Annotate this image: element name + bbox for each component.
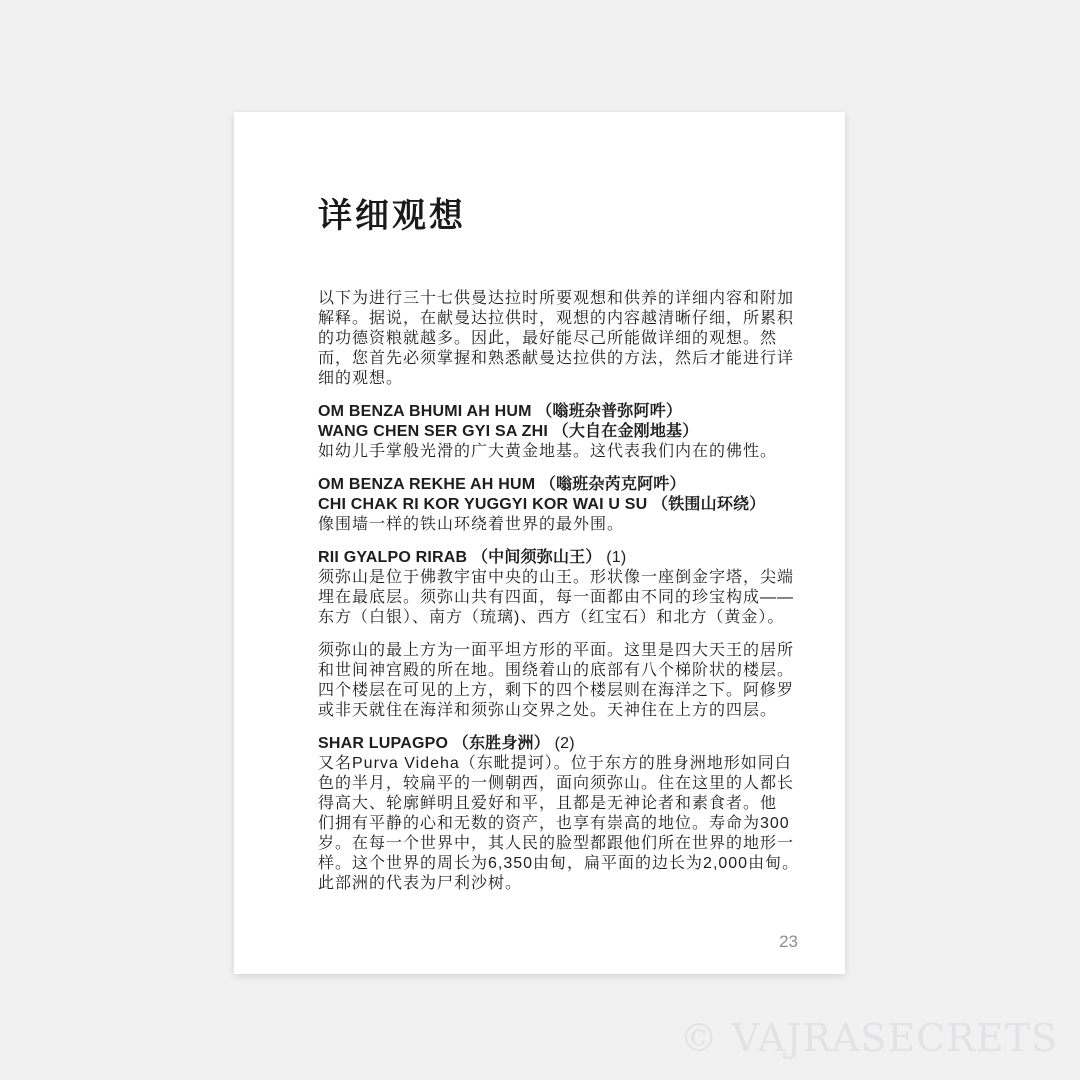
meru-description-paragraph: 须弥山的最上方为一面平坦方形的平面。这里是四大天王的居所和世间神宫殿的所在地。围… <box>318 641 800 721</box>
page-number: 23 <box>779 932 798 952</box>
section-heading: SHAR LUPAGPO （东胜身洲） (2) <box>318 734 800 754</box>
section-heading-number: (2) <box>555 735 575 752</box>
book-page: 详细观想 以下为进行三十七供曼达拉时所要观想和供养的详细内容和附加解释。据说，在… <box>234 112 845 974</box>
section-heading-text: RII GYALPO RIRAB （中间须弥山王） <box>318 549 602 566</box>
section-heading-text: SHAR LUPAGPO （东胜身洲） <box>318 735 550 752</box>
section-om-benza-bhumi: OM BENZA BHUMI AH HUM （嗡班杂普弥阿吽）WANG CHEN… <box>318 402 800 462</box>
section-rii-gyalpo-rirab: RII GYALPO RIRAB （中间须弥山王） (1) 须弥山是位于佛教宇宙… <box>318 548 800 628</box>
paragraph-text: 像围墙一样的铁山环绕着世界的最外围。 <box>318 515 800 535</box>
section-heading: RII GYALPO RIRAB （中间须弥山王） (1) <box>318 548 800 568</box>
section-heading: OM BENZA BHUMI AH HUM （嗡班杂普弥阿吽）WANG CHEN… <box>318 402 800 442</box>
paragraph-text: 如幼儿手掌般光滑的广大黄金地基。这代表我们内在的佛性。 <box>318 442 800 462</box>
paragraph-text: 又名Purva Videha（东毗提诃）。位于东方的胜身洲地形如同白色的半月，较… <box>318 754 800 894</box>
paragraph-text: 须弥山的最上方为一面平坦方形的平面。这里是四大天王的居所和世间神宫殿的所在地。围… <box>318 641 800 721</box>
paragraph-text: 以下为进行三十七供曼达拉时所要观想和供养的详细内容和附加解释。据说，在献曼达拉供… <box>318 289 800 389</box>
section-heading: OM BENZA REKHE AH HUM （嗡班杂芮克阿吽）CHI CHAK … <box>318 475 800 515</box>
section-om-benza-rekhe: OM BENZA REKHE AH HUM （嗡班杂芮克阿吽）CHI CHAK … <box>318 475 800 535</box>
section-shar-lupagpo: SHAR LUPAGPO （东胜身洲） (2) 又名Purva Videha（东… <box>318 734 800 894</box>
paragraph-text: 须弥山是位于佛教宇宙中央的山王。形状像一座倒金字塔，尖端埋在最底层。须弥山共有四… <box>318 568 800 628</box>
page-content: 以下为进行三十七供曼达拉时所要观想和供养的详细内容和附加解释。据说，在献曼达拉供… <box>318 289 800 907</box>
intro-paragraph: 以下为进行三十七供曼达拉时所要观想和供养的详细内容和附加解释。据说，在献曼达拉供… <box>318 289 800 389</box>
watermark: © VAJRASECRETS <box>680 1016 1058 1060</box>
section-heading-number: (1) <box>606 549 626 566</box>
page-title: 详细观想 <box>318 188 466 237</box>
